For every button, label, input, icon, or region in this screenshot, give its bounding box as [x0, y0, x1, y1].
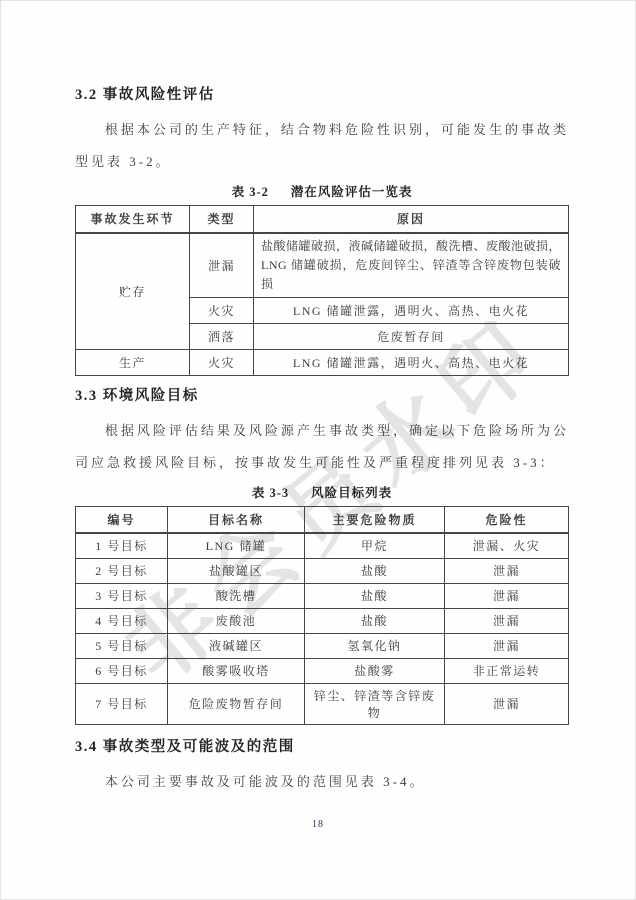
table-3-3-caption-title: 风险目标列表	[311, 486, 392, 500]
table-3-2-caption-label: 表 3-2	[232, 185, 269, 199]
cell-target-name: 酸洗槽	[168, 583, 305, 608]
table-3-2-caption-title: 潜在风险评估一览表	[291, 185, 413, 199]
col-header-cause: 原因	[254, 206, 569, 233]
cell-material: 盐酸	[305, 558, 445, 583]
cell-hazard: 泄漏	[445, 633, 569, 658]
table-row: 5 号目标 液碱罐区 氢氧化钠 泄漏	[76, 633, 569, 658]
table-potential-risk-assessment: 事故发生环节 类型 原因 贮存 泄漏 盐酸储罐破损，液碱储罐破损，酸洗槽、废酸池…	[75, 205, 569, 376]
table-row: 1 号目标 LNG 储罐 甲烷 泄漏、火灾	[76, 533, 569, 558]
paragraph-3-3: 根据风险评估结果及风险源产生事故类型，确定以下危险场所为公司应急救援风险目标，按…	[75, 415, 569, 479]
cell-stage-production: 生产	[76, 349, 190, 375]
section-heading-3-3: 3.3 环境风险目标	[75, 384, 569, 405]
cell-target-no: 6 号目标	[76, 658, 168, 683]
cell-hazard: 泄漏	[445, 608, 569, 633]
col-header-hazard: 危险性	[445, 506, 569, 533]
table-row: 贮存 泄漏 盐酸储罐破损，液碱储罐破损，酸洗槽、废酸池破损，LNG 储罐破损，危…	[76, 233, 569, 298]
col-header-type: 类型	[190, 206, 254, 233]
table-row: 生产 火灾 LNG 储罐泄露，遇明火、高热、电火花	[76, 349, 569, 375]
cell-target-no: 4 号目标	[76, 608, 168, 633]
cell-type: 泄漏	[190, 233, 254, 298]
cell-target-name: 危险废物暂存间	[168, 683, 305, 724]
cell-cause: 危废暂存间	[254, 323, 569, 349]
cell-type: 火灾	[190, 349, 254, 375]
table-risk-target-list: 编号 目标名称 主要危险物质 危险性 1 号目标 LNG 储罐 甲烷 泄漏、火灾…	[75, 506, 569, 725]
cell-material: 甲烷	[305, 533, 445, 558]
cell-target-no: 3 号目标	[76, 583, 168, 608]
cell-material: 盐酸雾	[305, 658, 445, 683]
table-row: 6 号目标 酸雾吸收塔 盐酸雾 非正常运转	[76, 658, 569, 683]
cell-type: 火灾	[190, 297, 254, 323]
cell-cause: 盐酸储罐破损，液碱储罐破损，酸洗槽、废酸池破损，LNG 储罐破损，危废间锌尘、锌…	[254, 233, 569, 298]
col-header-target-name: 目标名称	[168, 506, 305, 533]
table-3-3-caption-label: 表 3-3	[252, 486, 289, 500]
cell-material: 盐酸	[305, 583, 445, 608]
cell-hazard: 泄漏	[445, 683, 569, 724]
cell-hazard: 泄漏	[445, 558, 569, 583]
cell-type: 洒落	[190, 323, 254, 349]
cell-stage-storage: 贮存	[76, 233, 190, 350]
col-header-stage: 事故发生环节	[76, 206, 190, 233]
table-row: 事故发生环节 类型 原因	[76, 206, 569, 233]
table-row: 编号 目标名称 主要危险物质 危险性	[76, 506, 569, 533]
cell-target-no: 5 号目标	[76, 633, 168, 658]
cell-cause: LNG 储罐泄露，遇明火、高热、电火花	[254, 297, 569, 323]
cell-material: 盐酸	[305, 608, 445, 633]
table-row: 3 号目标 酸洗槽 盐酸 泄漏	[76, 583, 569, 608]
page-number: 18	[1, 819, 635, 830]
document-page: 非会员水印 3.2 事故风险性评估 根据本公司的生产特征，结合物料危险性识别，可…	[0, 0, 636, 900]
cell-hazard: 非正常运转	[445, 658, 569, 683]
table-3-3-caption: 表 3-3风险目标列表	[75, 483, 569, 501]
cell-hazard: 泄漏	[445, 583, 569, 608]
cell-cause: LNG 储罐泄露，遇明火、高热、电火花	[254, 349, 569, 375]
cell-target-no: 2 号目标	[76, 558, 168, 583]
paragraph-3-4: 本公司主要事故及可能波及的范围见表 3-4。	[75, 766, 569, 798]
table-row: 2 号目标 盐酸罐区 盐酸 泄漏	[76, 558, 569, 583]
cell-target-name: LNG 储罐	[168, 533, 305, 558]
section-heading-3-2: 3.2 事故风险性评估	[75, 83, 569, 104]
cell-target-no: 1 号目标	[76, 533, 168, 558]
col-header-number: 编号	[76, 506, 168, 533]
cell-target-name: 盐酸罐区	[168, 558, 305, 583]
cell-target-name: 酸雾吸收塔	[168, 658, 305, 683]
table-row: 4 号目标 废酸池 盐酸 泄漏	[76, 608, 569, 633]
cell-target-name: 废酸池	[168, 608, 305, 633]
table-row: 7 号目标 危险废物暂存间 锌尘、锌渣等含锌废物 泄漏	[76, 683, 569, 724]
section-heading-3-4: 3.4 事故类型及可能波及的范围	[75, 735, 569, 756]
cell-material: 氢氧化钠	[305, 633, 445, 658]
cell-hazard: 泄漏、火灾	[445, 533, 569, 558]
cell-material: 锌尘、锌渣等含锌废物	[305, 683, 445, 724]
table-3-2-caption: 表 3-2潜在风险评估一览表	[75, 182, 569, 200]
paragraph-3-2: 根据本公司的生产特征，结合物料危险性识别，可能发生的事故类型见表 3-2。	[75, 114, 569, 178]
page-content: 3.2 事故风险性评估 根据本公司的生产特征，结合物料危险性识别，可能发生的事故…	[1, 1, 635, 798]
col-header-hazardous-material: 主要危险物质	[305, 506, 445, 533]
cell-target-no: 7 号目标	[76, 683, 168, 724]
cell-target-name: 液碱罐区	[168, 633, 305, 658]
